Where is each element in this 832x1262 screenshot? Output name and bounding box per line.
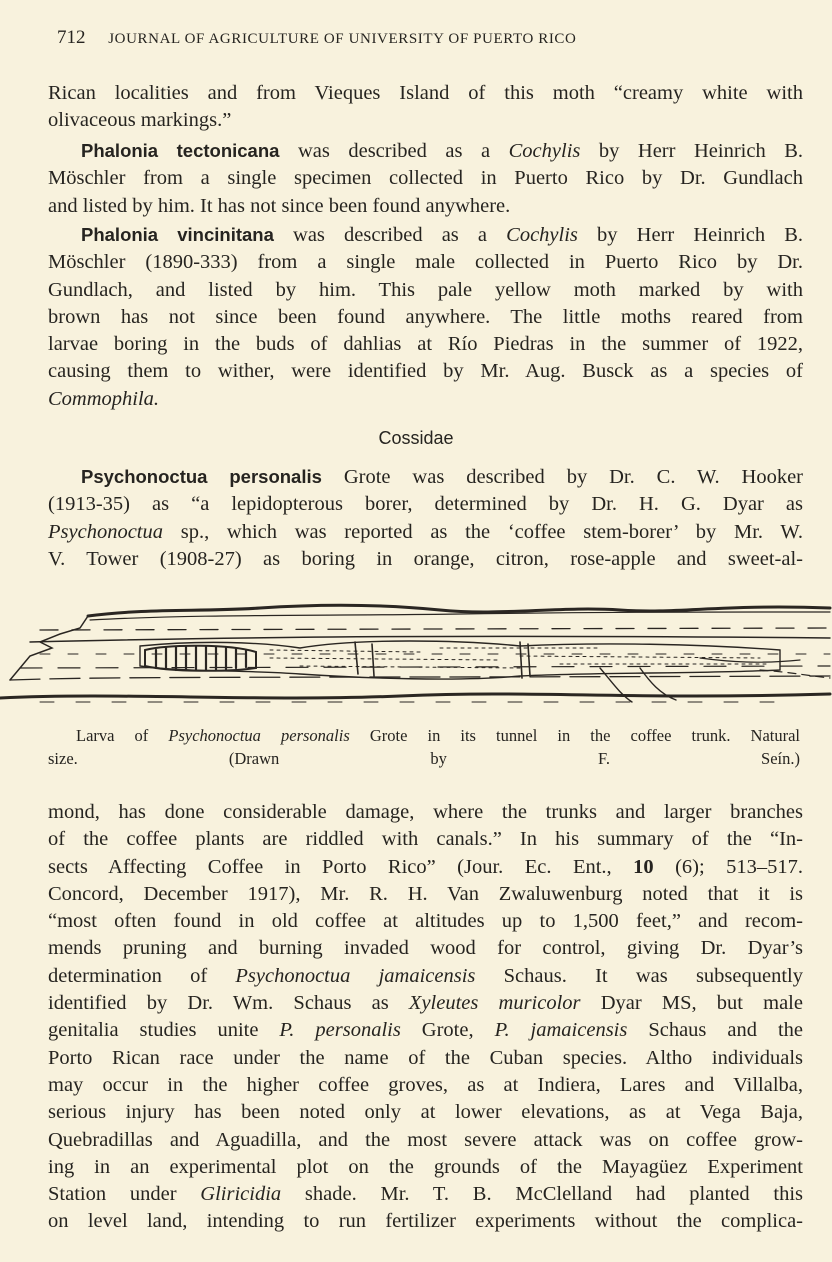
volume-number: 10 xyxy=(633,856,654,878)
text-line: Concord, December 1917), Mr. R. H. Van Z… xyxy=(48,881,803,908)
text-line: Quebradillas and Aguadilla, and the most… xyxy=(48,1127,803,1154)
text-line: (1913-35) as “a lepidopterous borer, det… xyxy=(48,491,803,518)
species-name: Phalonia tectonicana xyxy=(81,140,279,161)
text-run: was described as a xyxy=(279,140,508,162)
text-line: sects Affecting Coffee in Porto Rico” (J… xyxy=(48,854,803,881)
caption-line: size. (Drawn by F. Seín.) xyxy=(48,747,800,770)
text-line: determination of Psychonoctua jamaicensi… xyxy=(48,963,803,990)
text-line: “most often found in old coffee at altit… xyxy=(48,908,803,935)
species-name: Psychonoctua personalis xyxy=(168,726,349,745)
species-name: Phalonia vincinitana xyxy=(81,224,274,245)
text-line: Möschler (1890-333) from a single male c… xyxy=(48,249,803,276)
text-run: Schaus and the xyxy=(627,1019,803,1041)
text-run: sects Affecting Coffee in Porto Rico” (J… xyxy=(48,856,633,878)
text-run: Grote was described by Dr. C. W. Hooker xyxy=(322,466,803,488)
text-run: Station under xyxy=(48,1183,200,1205)
larva-tunnel-illustration xyxy=(0,598,832,713)
text-run: sp., which was reported as the ‘coffee s… xyxy=(163,521,803,543)
text-line: mond, has done considerable damage, wher… xyxy=(48,799,803,826)
text-line: and listed by him. It has not since been… xyxy=(48,193,803,220)
species-name: P. jamaicensis xyxy=(495,1019,628,1041)
text-line: Rican localities and from Vieques Island… xyxy=(48,80,803,107)
running-header: 712 JOURNAL OF AGRICULTURE OF UNIVERSITY… xyxy=(57,26,777,51)
text-run: determination of xyxy=(48,965,235,987)
text-run: shade. Mr. T. B. McClelland had planted … xyxy=(281,1183,803,1205)
paragraph-phalonia-tectonicana: Phalonia tectonicana was described as a … xyxy=(48,137,803,220)
genus-name: Cochylis xyxy=(509,140,581,162)
text-line: may occur in the higher coffee groves, a… xyxy=(48,1072,803,1099)
text-run: Larva of xyxy=(76,726,168,745)
text-run: by Herr Heinrich B. xyxy=(580,140,803,162)
text-line: Psychonoctua personalis Grote was descri… xyxy=(48,463,803,491)
text-run: by Herr Heinrich B. xyxy=(578,224,803,246)
text-line: olivaceous markings.” xyxy=(48,107,803,134)
text-line: on level land, intending to run fertiliz… xyxy=(48,1208,803,1235)
text-run: Dyar MS, but male xyxy=(581,992,803,1014)
text-run: Schaus. It was subsequently xyxy=(475,965,803,987)
paragraph-psychonoctua: Psychonoctua personalis Grote was descri… xyxy=(48,463,803,573)
genus-name: Gliricidia xyxy=(200,1183,281,1205)
text-line: Gundlach, and listed by him. This pale y… xyxy=(48,277,803,304)
genus-name: Psychonoctua xyxy=(48,521,163,543)
text-run: genitalia studies unite xyxy=(48,1019,279,1041)
genus-name: Commophila. xyxy=(48,388,159,410)
text-line: Commophila. xyxy=(48,386,803,413)
section-heading: Cossidae xyxy=(0,428,832,449)
text-line: Möschler from a single specimen collecte… xyxy=(48,165,803,192)
text-line: serious injury has been noted only at lo… xyxy=(48,1099,803,1126)
paragraph-continuation: Rican localities and from Vieques Island… xyxy=(48,80,803,135)
text-line: larvae boring in the buds of dahlias at … xyxy=(48,331,803,358)
coffee-trunk-drawing xyxy=(0,598,832,713)
page-number: 712 xyxy=(57,27,86,48)
text-line: mends pruning and burning invaded wood f… xyxy=(48,935,803,962)
text-run: identified by Dr. Wm. Schaus as xyxy=(48,992,409,1014)
text-line: brown has not since been found anywhere.… xyxy=(48,304,803,331)
caption-line: Larva of Psychonoctua personalis Grote i… xyxy=(48,724,800,747)
text-run: was described as a xyxy=(274,224,506,246)
text-line: Phalonia vincinitana was described as a … xyxy=(48,221,803,249)
figure-caption: Larva of Psychonoctua personalis Grote i… xyxy=(48,724,800,770)
text-line: Station under Gliricidia shade. Mr. T. B… xyxy=(48,1181,803,1208)
text-line: V. Tower (1908-27) as boring in orange, … xyxy=(48,546,803,573)
text-line: genitalia studies unite P. personalis Gr… xyxy=(48,1017,803,1044)
text-line: Psychonoctua sp., which was reported as … xyxy=(48,519,803,546)
paragraph-phalonia-vincinitana: Phalonia vincinitana was described as a … xyxy=(48,221,803,413)
paragraph-continuation-psychonoctua: mond, has done considerable damage, wher… xyxy=(48,799,803,1236)
genus-name: Cochylis xyxy=(506,224,578,246)
text-line: identified by Dr. Wm. Schaus as Xyleutes… xyxy=(48,990,803,1017)
text-run: Grote, xyxy=(401,1019,495,1041)
species-name: Psychonoctua jamaicensis xyxy=(235,965,475,987)
text-line: ing in an experimental plot on the groun… xyxy=(48,1154,803,1181)
text-run: (6); 513–517. xyxy=(654,856,803,878)
text-line: Porto Rican race under the name of the C… xyxy=(48,1045,803,1072)
text-run: Grote in its tunnel in the coffee trunk.… xyxy=(350,726,800,745)
species-name: Xyleutes muricolor xyxy=(409,992,581,1014)
species-name: P. personalis xyxy=(279,1019,400,1041)
text-line: Phalonia tectonicana was described as a … xyxy=(48,137,803,165)
journal-title: JOURNAL OF AGRICULTURE OF UNIVERSITY OF … xyxy=(108,31,576,47)
text-line: of the coffee plants are riddled with ca… xyxy=(48,826,803,853)
species-name: Psychonoctua personalis xyxy=(81,466,322,487)
text-line: causing them to wither, were identified … xyxy=(48,358,803,385)
